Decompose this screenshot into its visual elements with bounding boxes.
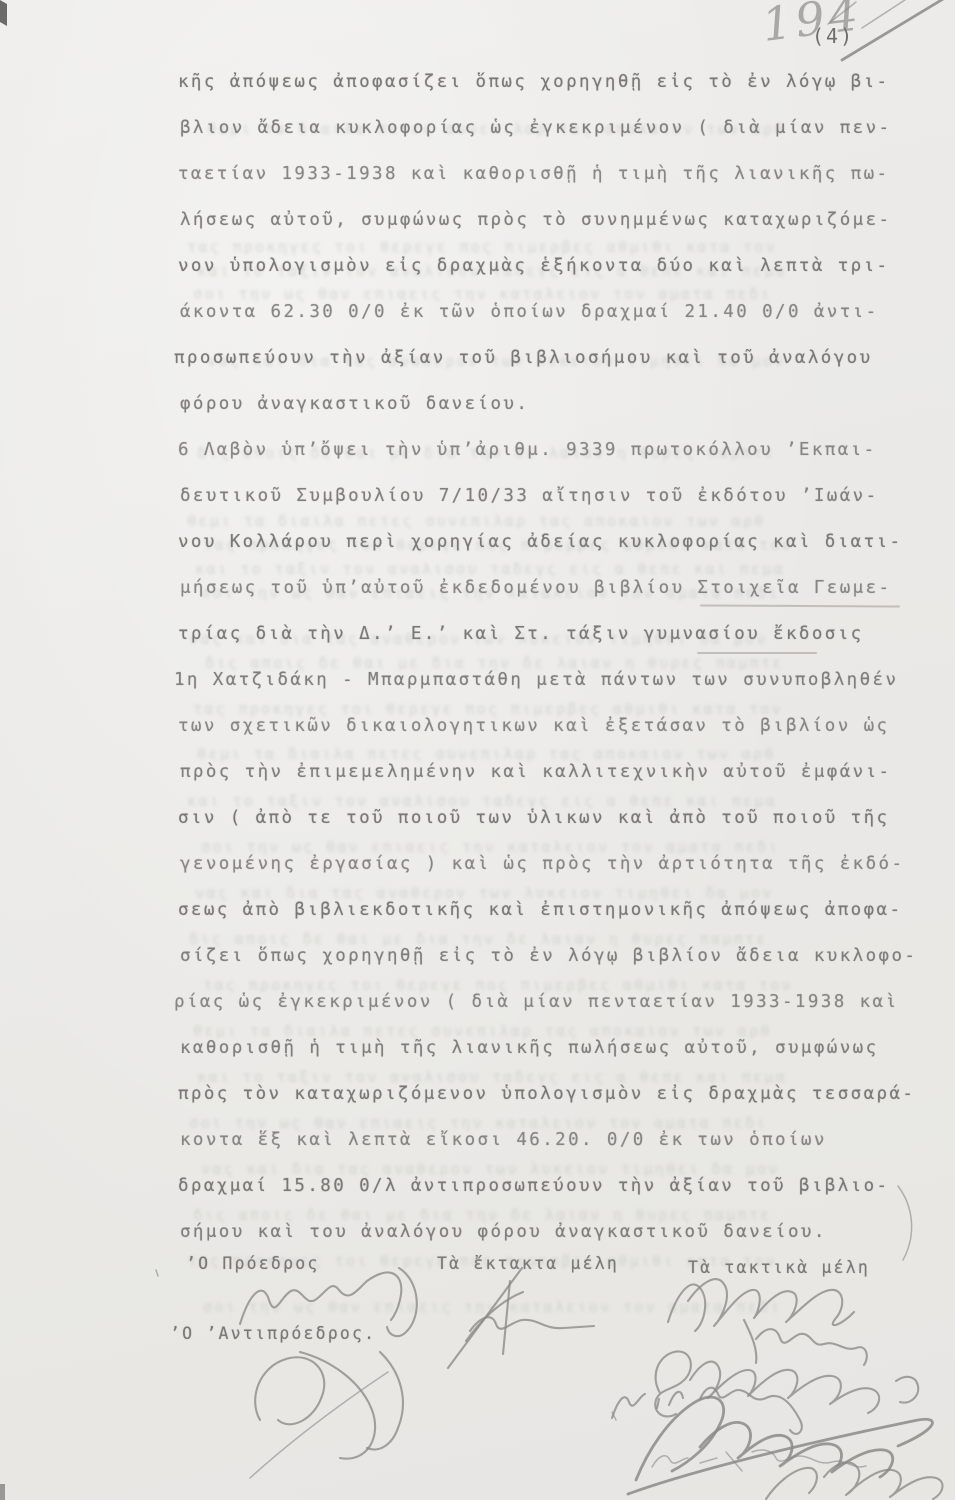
typed-line: νου Κολλάρου περὶ χορηγίας ἀδείας κυκλοφ… [178,532,915,578]
typed-line: φόρου ἀναγκαστικοῦ δανείου. [180,394,917,440]
typed-line: γενομένης ἐργασίας ) καὶ ὡς πρὸς τὴν ἀρτ… [180,854,917,900]
pencil-underline [697,652,817,654]
typed-line: κῆς ἀπόψεως ἀποφασίζει ὅπως χορηγηθῇ εἰς… [178,72,915,118]
typed-line: βλιον ἄδεια κυκλοφορίας ὡς ἐγκεκριμένον … [180,118,917,164]
typed-line: ρίας ὡς ἐγκεκριμένον ( διὰ μίαν πενταετί… [174,992,911,1038]
document-body: κῆς ἀπόψεως ἀποφασίζει ὅπως χορηγηθῇ εἰς… [178,72,915,1268]
typed-line: των σχετικῶν δικαιολογητικων καὶ ἐξετάσα… [178,716,915,762]
typed-line: δραχμαί 15.80 0/λ ἀντιπροσωπεύουν τὴν ἀξ… [178,1176,915,1222]
bleedthrough-text: σοι την ως θαν επιαεις την καταλειον τον… [203,1298,782,1316]
typed-line: πρὸς τὴν ἐπιμεμελημένην καὶ καλλιτεχνικὴ… [180,762,917,808]
typed-line: λήσεως αὐτοῦ, συμφώνως πρὸς τὸ συνημμένω… [180,210,917,256]
regular-members-label: Τὰ τακτικὰ μέλη [688,1258,870,1277]
typed-line: 1η Χατζιδάκη - Μπαρμπαστάθη μετὰ πάντων … [174,670,911,716]
typed-page-number: (4) [812,24,854,48]
extraordinary-members-label: Τὰ ἔκτακτα μέλη [437,1254,619,1273]
vice-president-label: ’Ο ’Αντιπρόεδρος. [170,1324,376,1343]
typed-line: δευτικοῦ Συμβουλίου 7/10/33 αἴτησιν τοῦ … [180,486,917,532]
president-label: ’Ο Πρόεδρος [186,1254,319,1273]
typed-line: σεως ἀπὸ βιβλιεκδοτικῆς καὶ ἐπιστημονικῆ… [178,900,915,946]
typed-line: σίζει ὅπως χορηγηθῇ εἰς τὸ ἐν λόγῳ βιβλί… [180,946,917,992]
typed-line: προσωπεύουν τὴν ἀξίαν τοῦ βιβλιοσήμου κα… [174,348,911,394]
scan-corner-artifact [0,0,7,26]
typed-line: άκοντα 62.30 0/0 ἐκ τῶν ὁποίων δραχμαί 2… [180,302,917,348]
typed-line: τρίας διὰ τὴν Δ.’ Ε.’ καὶ Στ. τάξιν γυμν… [178,624,915,670]
typed-line: μήσεως τοῦ ὑπ’αὐτοῦ ἐκδεδομένου βιβλίου … [180,578,917,624]
typed-line: σιν ( ἀπὸ τε τοῦ ποιοῦ των ὑλικων καὶ ἀπ… [178,808,915,854]
typed-line: πρὸς τὸν καταχωριζόμενον ὑπολογισμὸν εἰς… [178,1084,915,1130]
typed-line: κοντα ἕξ καὶ λεπτὰ εἴκοσι 46.20. 0/0 ἐκ … [180,1130,917,1176]
typed-line: 6 Λαβὸν ὑπ’ὄψει τὴν ὑπ’ἀριθμ. 9339 πρωτο… [178,440,915,486]
scan-corner-artifact [0,1484,5,1500]
typed-line: ταετίαν 1933-1938 καὶ καθορισθῇ ἡ τιμὴ τ… [178,164,915,210]
typed-line: νον ὑπολογισμὸν εἰς δραχμὰς ἑξήκοντα δύο… [178,256,915,302]
typed-line: καθορισθῇ ἡ τιμὴ τῆς λιανικῆς πωλήσεως α… [180,1038,917,1084]
